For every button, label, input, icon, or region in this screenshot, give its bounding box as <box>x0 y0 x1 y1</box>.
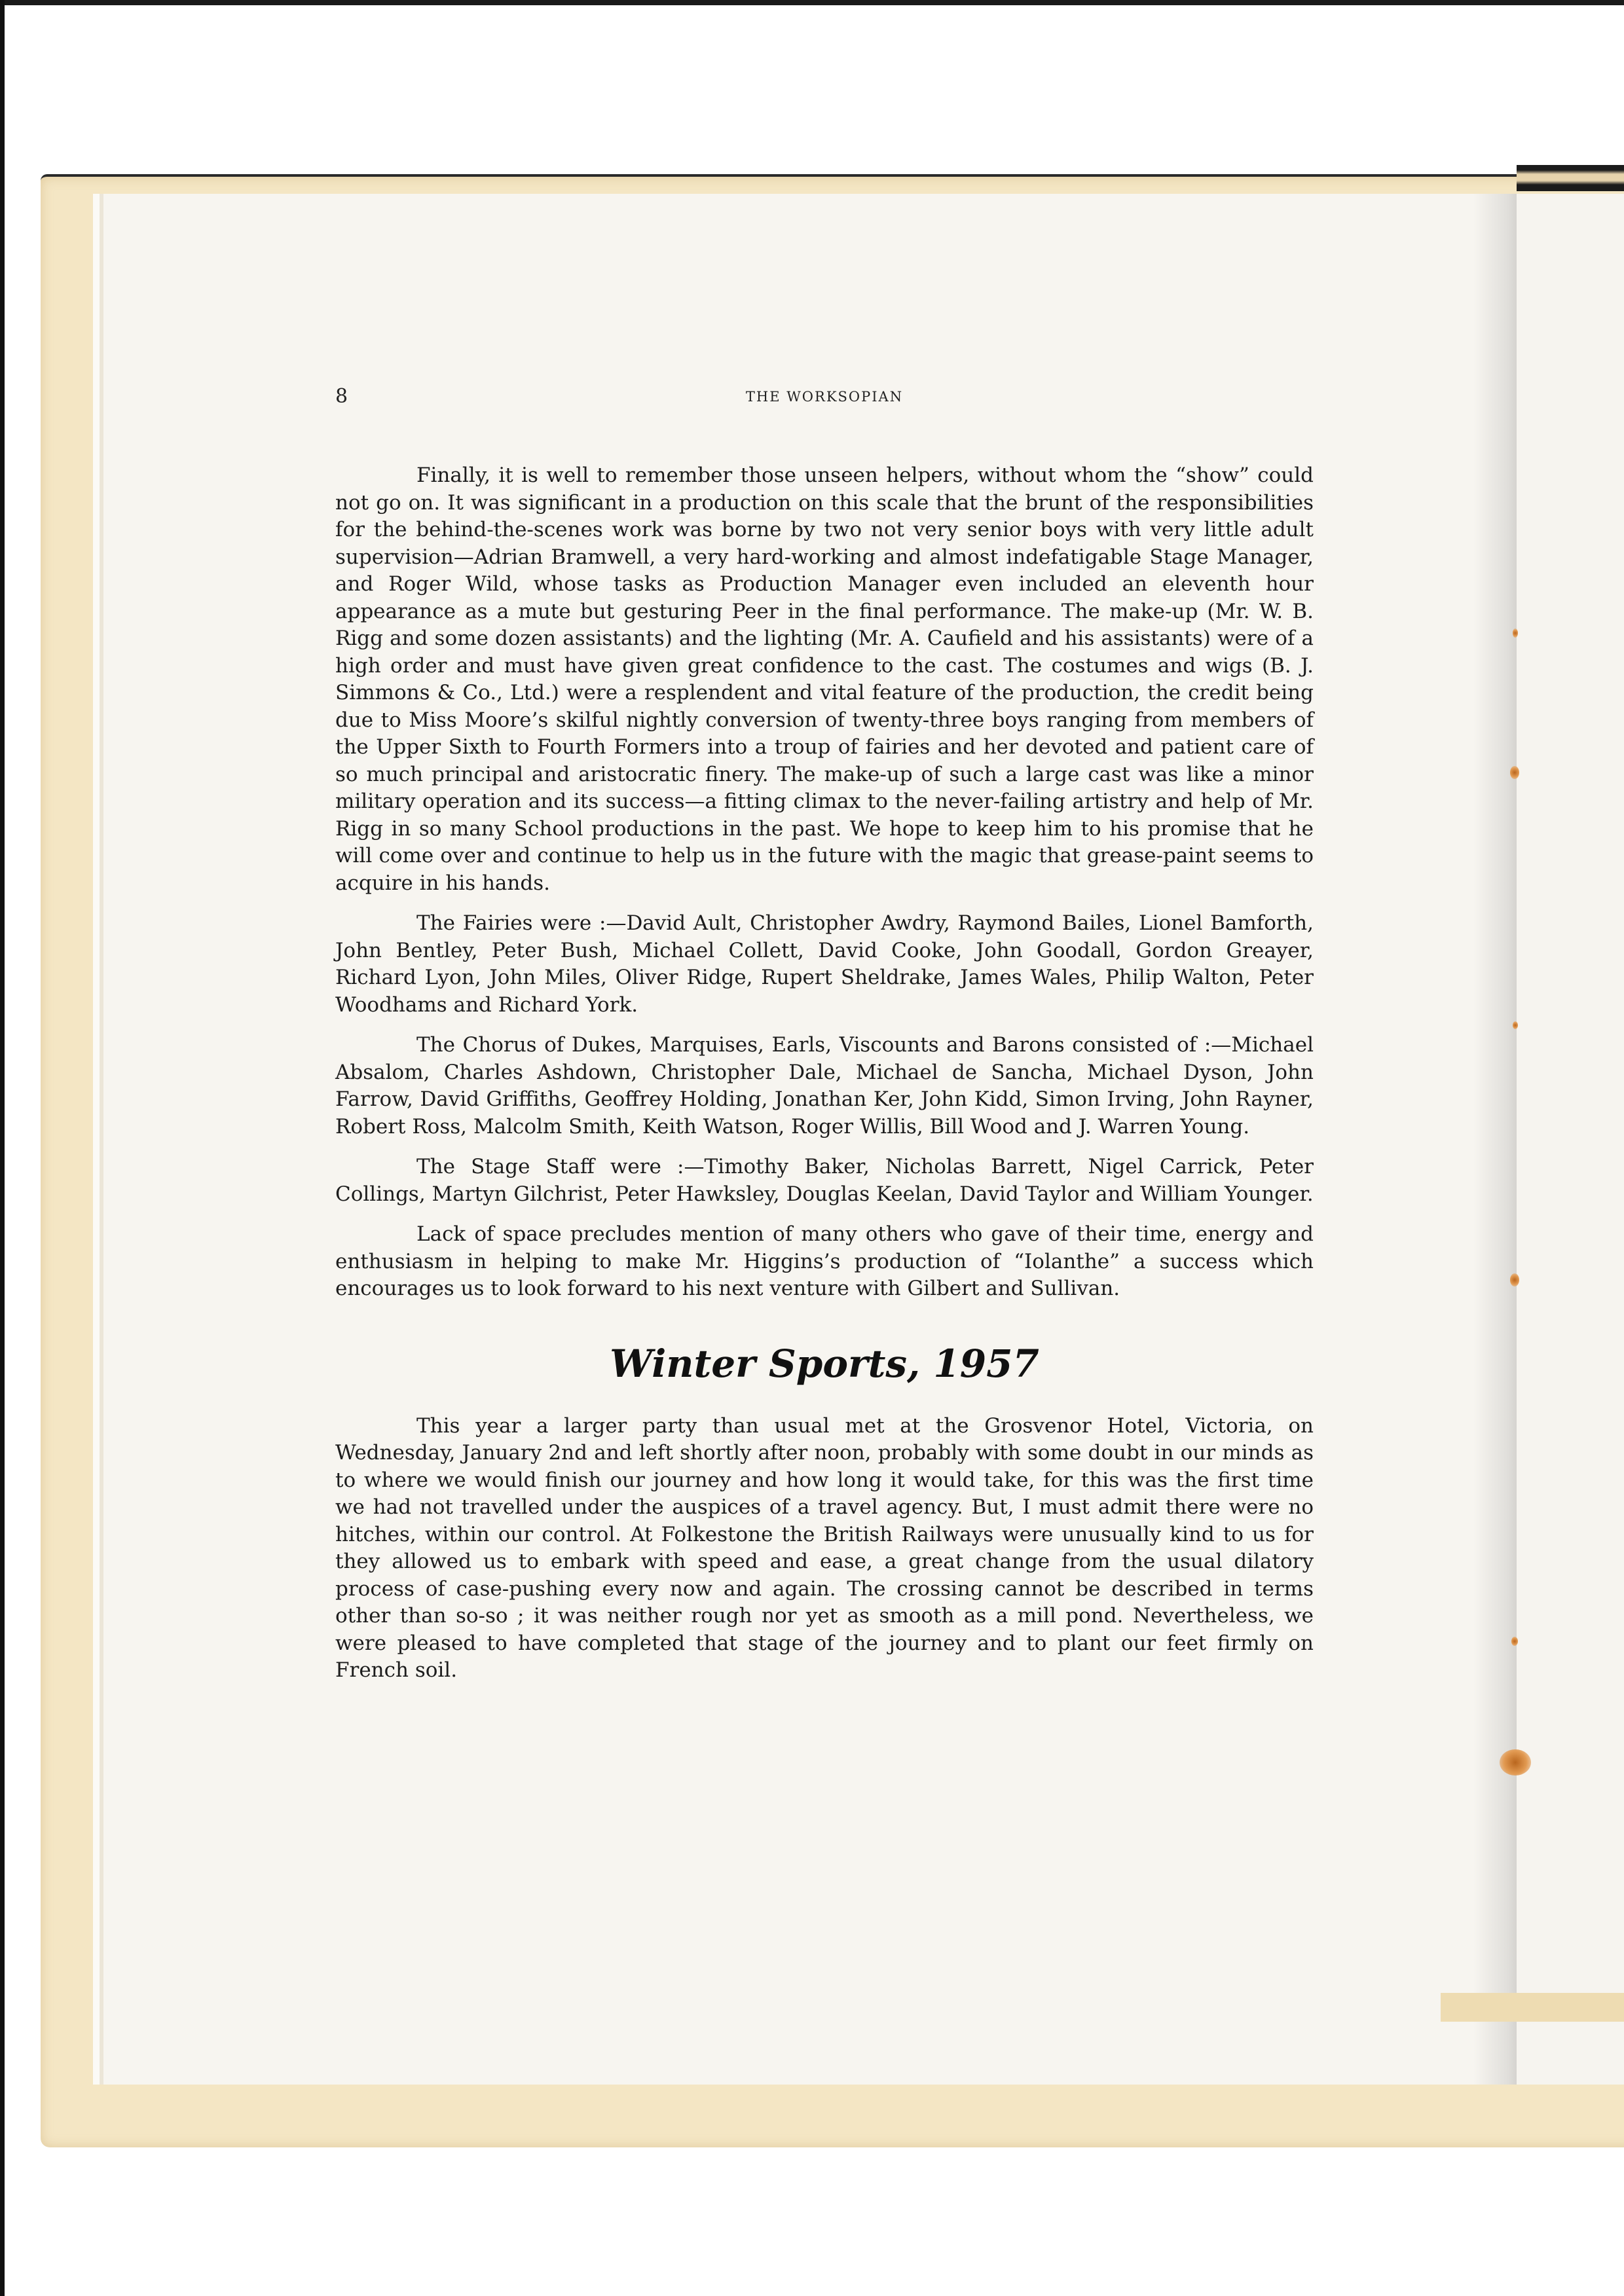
paragraph-stage-staff: The Stage Staff were :—Timothy Baker, Ni… <box>335 1154 1314 1208</box>
paragraph-fairies: The Fairies were :—David Ault, Christoph… <box>335 910 1314 1019</box>
journal-title: THE WORKSOPIAN <box>335 389 1314 405</box>
binding-edge-top <box>1517 165 1624 191</box>
scan-edge-top <box>0 0 1624 5</box>
paragraph-helpers: Finally, it is well to remember those un… <box>335 462 1314 897</box>
paragraph-winter-sports: This year a larger party than usual met … <box>335 1413 1314 1685</box>
rust-stain <box>1511 1637 1518 1646</box>
running-head: 8 THE WORKSOPIAN <box>335 385 1314 411</box>
paragraph-closing: Lack of space precludes mention of many … <box>335 1221 1314 1303</box>
rust-stain <box>1500 1749 1531 1776</box>
paragraph-chorus: The Chorus of Dukes, Marquises, Earls, V… <box>335 1032 1314 1140</box>
rust-stain <box>1513 629 1518 638</box>
scan-edge-left <box>0 0 5 2296</box>
rust-stain <box>1510 766 1519 779</box>
text-column: Finally, it is well to remember those un… <box>335 462 1314 1698</box>
page-right-edge <box>1517 194 1624 2085</box>
binding-edge-bottom <box>1441 1993 1624 2022</box>
rust-stain <box>1513 1021 1518 1029</box>
spine-fold-shadow <box>1473 194 1517 2085</box>
section-title-winter-sports: Winter Sports, 1957 <box>335 1341 1314 1387</box>
rust-stain <box>1510 1273 1519 1286</box>
